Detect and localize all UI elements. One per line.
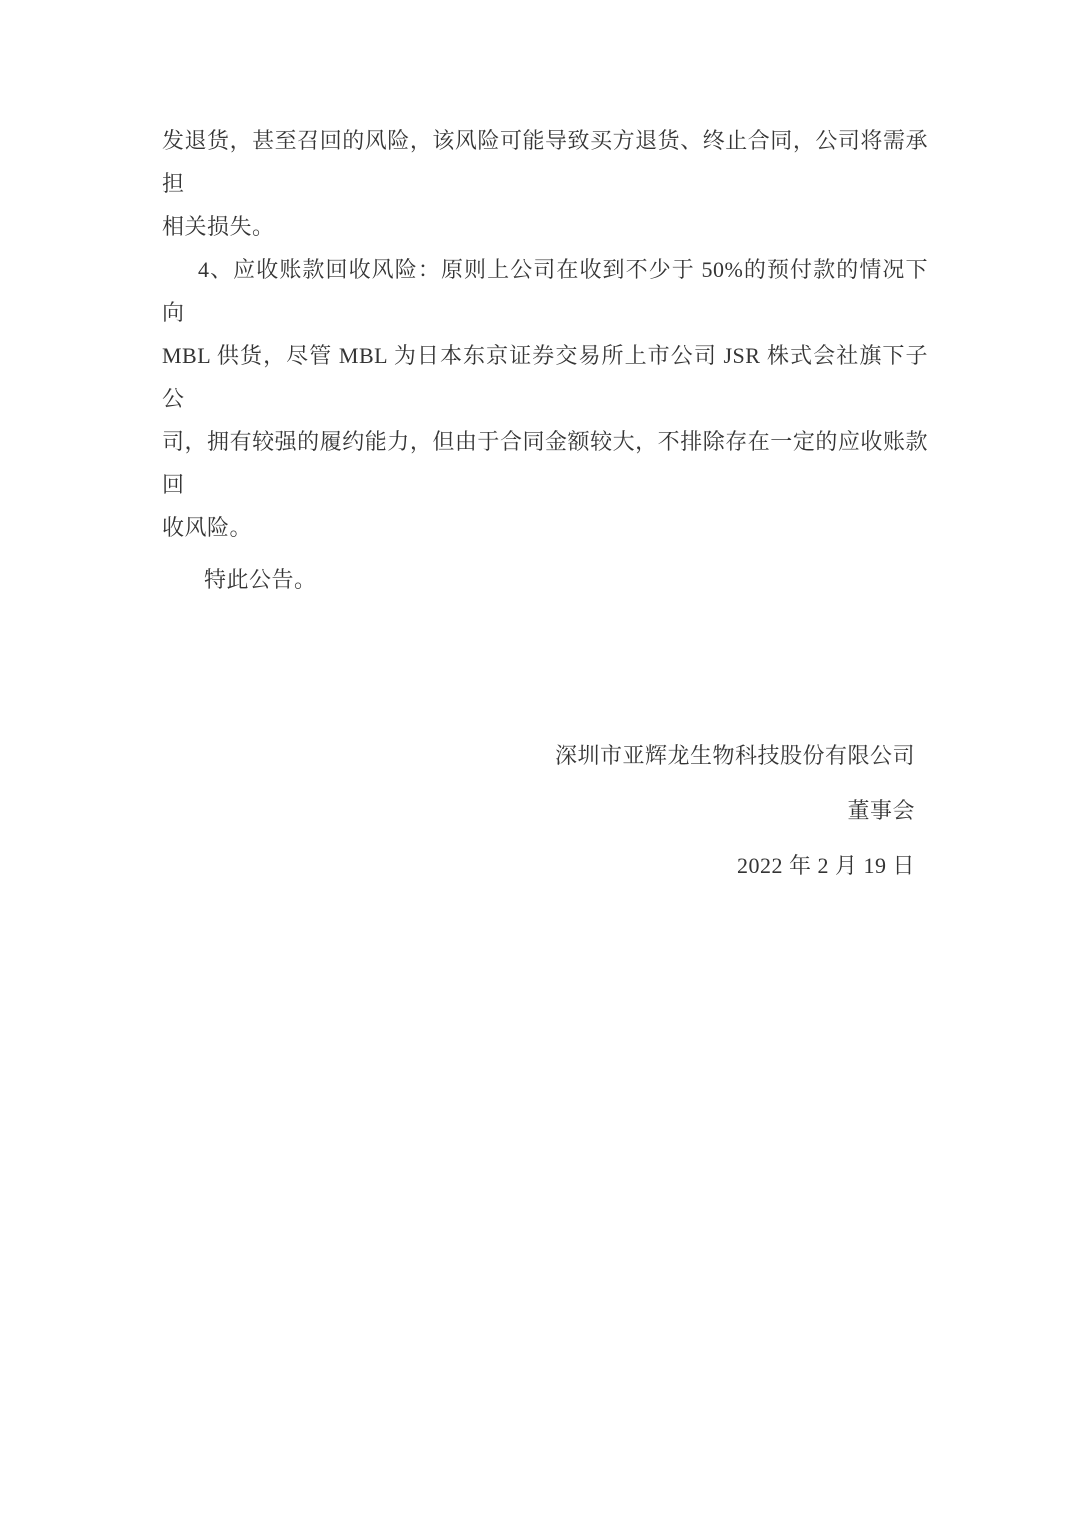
signature-board-of-directors: 董事会 bbox=[0, 783, 915, 838]
closing-statement: 特此公告。 bbox=[162, 558, 928, 601]
paragraph2-line1: 4、应收账款回收风险：原则上公司在收到不少于 50%的预付款的情况下向 bbox=[162, 248, 928, 334]
paragraph2-line3: 司，拥有较强的履约能力，但由于合同金额较大，不排除存在一定的应收账款回 bbox=[162, 420, 928, 506]
signature-company-name: 深圳市亚辉龙生物科技股份有限公司 bbox=[0, 728, 915, 783]
document-page: 发退货，甚至召回的风险，该风险可能导致买方退货、终止合同，公司将需承担 相关损失… bbox=[0, 0, 1080, 1527]
signature-date: 2022 年 2 月 19 日 bbox=[0, 838, 915, 893]
paragraph1-line1: 发退货，甚至召回的风险，该风险可能导致买方退货、终止合同，公司将需承担 bbox=[162, 119, 928, 205]
paragraph1-line2: 相关损失。 bbox=[162, 205, 928, 248]
document-body: 发退货，甚至召回的风险，该风险可能导致买方退货、终止合同，公司将需承担 相关损失… bbox=[0, 0, 1080, 601]
paragraph2-line2: MBL 供货，尽管 MBL 为日本东京证券交易所上市公司 JSR 株式会社旗下子… bbox=[162, 334, 928, 420]
signature-block: 深圳市亚辉龙生物科技股份有限公司 董事会 2022 年 2 月 19 日 bbox=[0, 728, 1080, 893]
paragraph2-line4: 收风险。 bbox=[162, 506, 928, 549]
